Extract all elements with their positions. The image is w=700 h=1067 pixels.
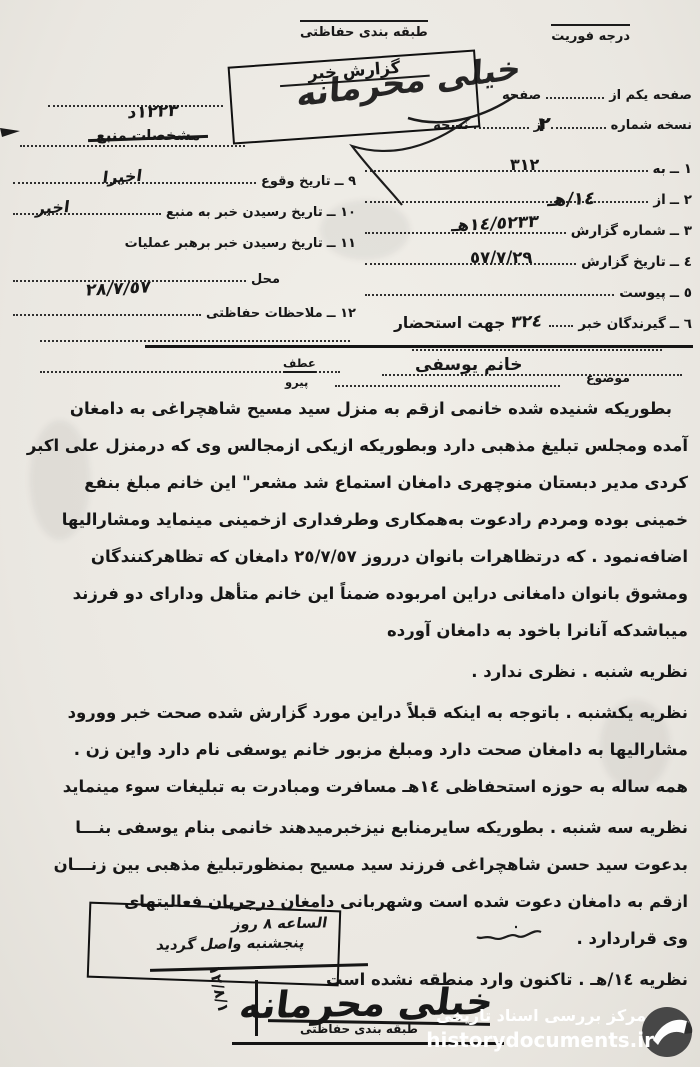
dotted-line bbox=[40, 337, 350, 342]
body-line: کردی مدیر دبستان منوچهری دامغان استماع ش… bbox=[10, 464, 688, 501]
field-row-recipients: ٦ ــ گیرندگان خبر ٣٢٤ جهت استحضار bbox=[360, 301, 692, 332]
opinion-tuesday: نظریه سه شنبه . بطوریکه سایرمنابع نیزخبر… bbox=[10, 809, 688, 846]
field-row-attachment: ٥ ــ پیوست bbox=[360, 270, 692, 301]
opinion-sunday: نظریه یکشنبه . باتوجه به اینکه قبلاً درا… bbox=[10, 694, 688, 731]
handwritten-note-scribble bbox=[475, 924, 545, 950]
body-line: مشارالیها به دامغان صحت دارد ومبلغ مزبور… bbox=[10, 731, 688, 768]
watermark: مرکز بررسی اسناد تاریخی historydocuments… bbox=[425, 1000, 700, 1064]
body-line: خمینی بوده ومردم رادعوت به‌همکاری وطرفدا… bbox=[10, 501, 688, 538]
field-value-handwritten: ٣٢٤ bbox=[510, 311, 544, 333]
subject-value: خانم یوسفی bbox=[415, 355, 522, 375]
pen-strokes bbox=[0, 0, 700, 260]
received-stamp-line1: الساعه ٨ روز bbox=[231, 916, 328, 934]
body-line: آمده ومجلس تبلیغ مذهبی دارد وبطوریکه ازی… bbox=[10, 427, 688, 464]
received-stamp-line2: پنجشنبه واصل گردید bbox=[155, 935, 306, 953]
dotted-line bbox=[335, 382, 560, 387]
field-label: پیوست bbox=[619, 285, 666, 301]
scan-blot bbox=[30, 420, 90, 540]
body-line: همه ساله به حوزه استحفاظی ١٤هـ مسافرت وم… bbox=[10, 768, 688, 805]
watermark-line2: historydocuments.ir bbox=[426, 1028, 654, 1052]
field-label: محل bbox=[251, 272, 280, 287]
subject-label: موضوع bbox=[586, 370, 630, 385]
body-line: میباشدکه آنانرا باخود به دامغان آورده bbox=[10, 612, 688, 649]
field-no: ٦ ــ bbox=[670, 316, 692, 332]
dotted-line bbox=[365, 291, 614, 296]
dotted-line bbox=[549, 322, 573, 327]
watermark-line1: مرکز بررسی اسناد تاریخی bbox=[436, 1006, 646, 1025]
field-no: ٥ ــ bbox=[670, 285, 692, 301]
body-line: بطوریکه شنیده شده خانمی ازقم به منزل سید… bbox=[10, 390, 688, 427]
reference-peyrow-label: پیرو bbox=[285, 375, 308, 389]
field-row-security-notes: ١٢ ــ ملاحظات حفاظتی bbox=[8, 287, 356, 321]
scan-blot bbox=[600, 700, 670, 790]
field-label: گیرندگان خبر bbox=[578, 316, 665, 332]
field-label: ملاحظات حفاظتی bbox=[206, 306, 323, 321]
reference-atf-label: عطف bbox=[283, 356, 316, 373]
body-line: ومشوق بانوان دامغانی دراین امربوده ضمناً… bbox=[10, 575, 688, 612]
opinion-saturday: نظریه شنبه . نظری ندارد . bbox=[10, 653, 688, 690]
scanned-report-page: درجه فوریت طبقه بندی حفاظتی گزارش خبر خی… bbox=[0, 0, 700, 1067]
body-line: بدعوت سید حسن شاهچراغی فرزند سید مسیح بم… bbox=[10, 846, 688, 883]
body-line-text: وی قراردارد . bbox=[577, 929, 688, 948]
section-divider bbox=[145, 345, 693, 348]
field-no: ١٢ ــ bbox=[327, 306, 356, 321]
body-line: اضافه‌نمود . که درتظاهرات بانوان درروز ٢… bbox=[10, 538, 688, 575]
field-value-typed: جهت استحضار bbox=[394, 314, 505, 332]
dotted-line bbox=[13, 311, 201, 316]
